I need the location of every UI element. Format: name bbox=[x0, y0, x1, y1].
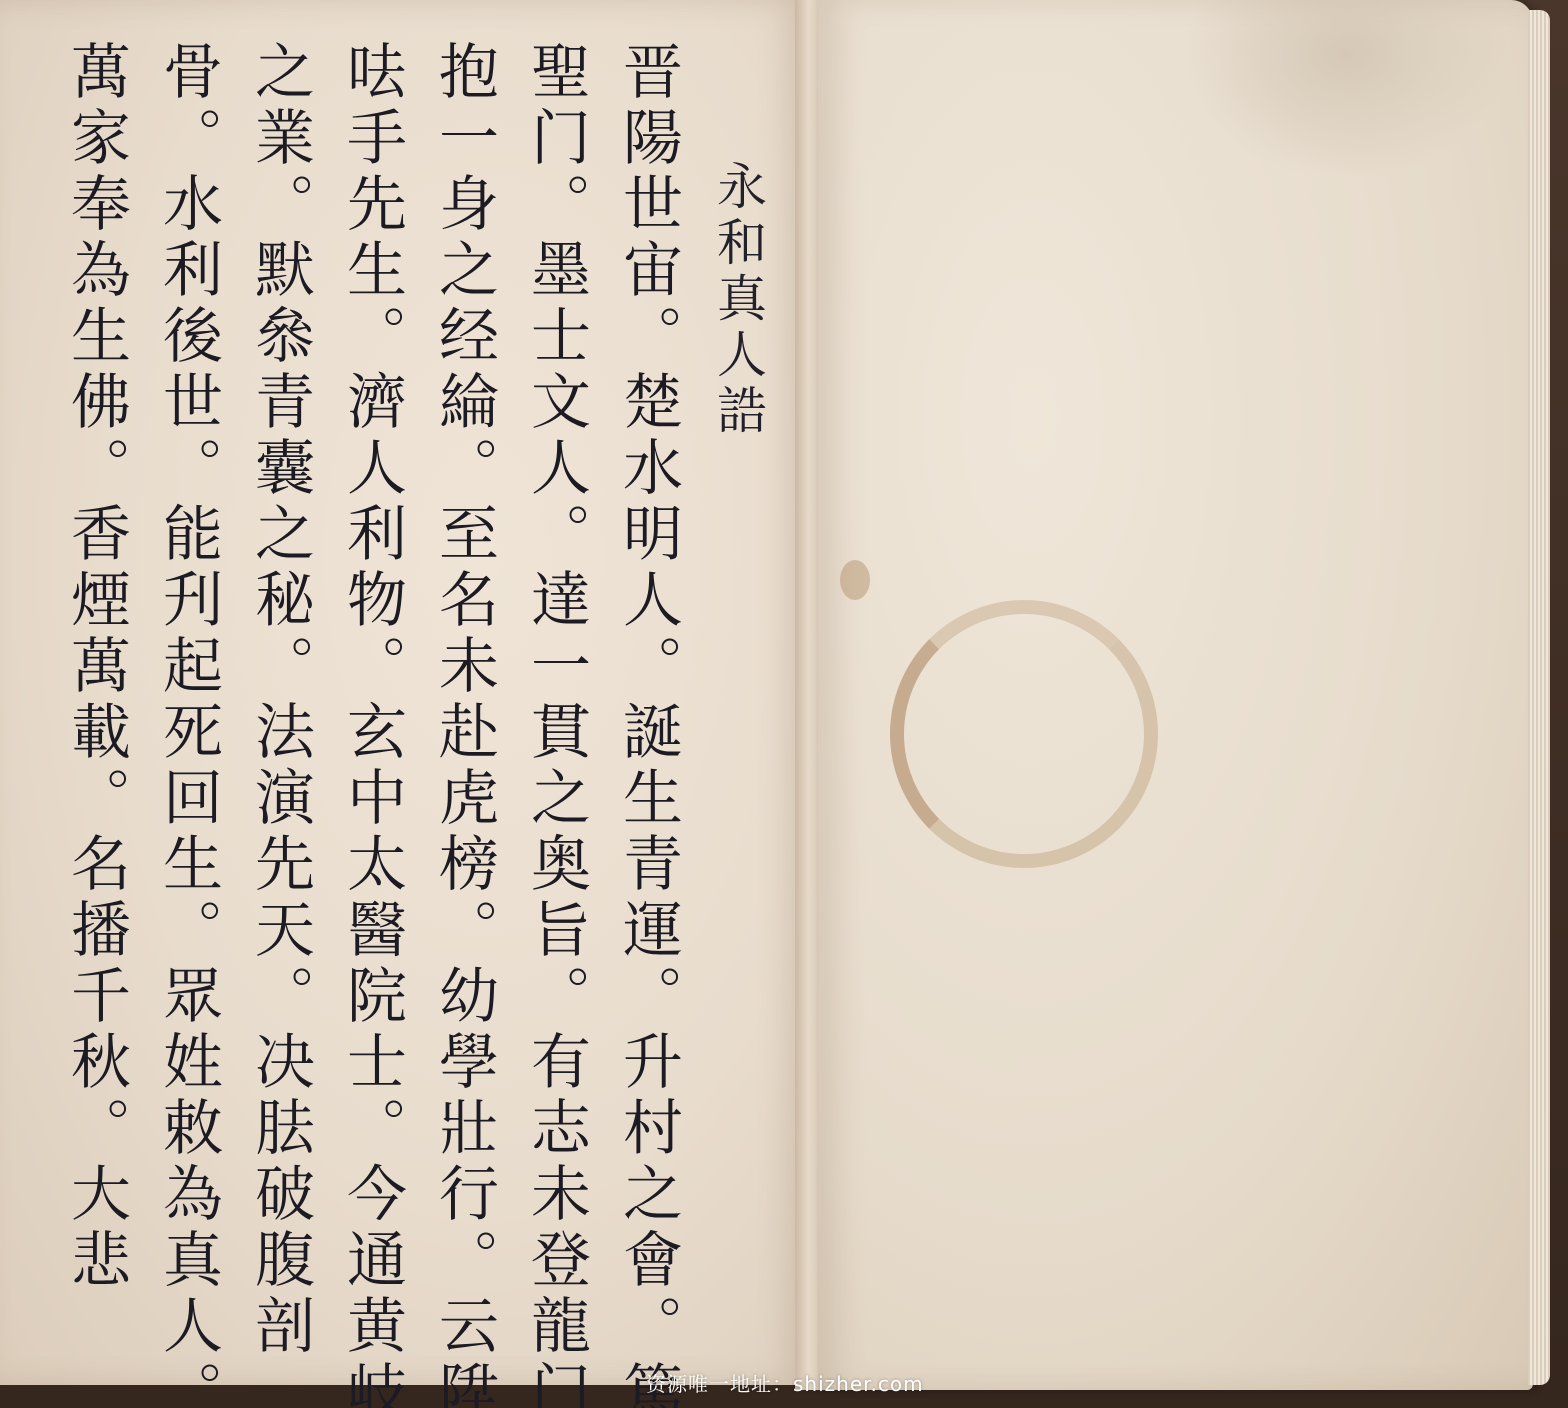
text-column-5: 之業。默叅青囊之秘。法演先天。决胠破腹剖 bbox=[234, 40, 326, 1340]
water-stain-ring bbox=[890, 600, 1158, 868]
water-stain-top bbox=[1180, 0, 1510, 180]
text-column-1: 晋陽世宙。楚水明人。誕生青運。升村之會。篤好 bbox=[602, 40, 694, 1340]
water-stain-dot bbox=[840, 560, 870, 600]
page-edges bbox=[1528, 10, 1550, 1385]
watermark: 资源唯一地址：shizher.com bbox=[646, 1368, 924, 1397]
text-column-2: 聖门。墨士文人。達一貫之奥旨。有志未登龍门。 bbox=[510, 40, 602, 1340]
left-page: 永和真人誥 晋陽世宙。楚水明人。誕生青運。升村之會。篤好 聖门。墨士文人。達一貫… bbox=[0, 0, 806, 1385]
text-column-7: 萬家奉為生佛。香煙萬載。名播千秋。大悲 bbox=[50, 40, 142, 1340]
text-column-3: 抱一身之经綸。至名未赴虎榜。幼學壯行。云陞 bbox=[418, 40, 510, 1340]
document-title: 永和真人誥 bbox=[694, 40, 784, 1340]
text-column-4: 呿手先生。濟人利物。玄中太醫院士。今通黄岐 bbox=[326, 40, 418, 1340]
manuscript-text: 永和真人誥 晋陽世宙。楚水明人。誕生青運。升村之會。篤好 聖门。墨士文人。達一貫… bbox=[10, 40, 790, 1340]
text-column-6: 骨。水利後世。能刋起死回生。眾姓敕為真人。 bbox=[142, 40, 234, 1340]
open-book: 永和真人誥 晋陽世宙。楚水明人。誕生青運。升村之會。篤好 聖门。墨士文人。達一貫… bbox=[0, 0, 1550, 1390]
